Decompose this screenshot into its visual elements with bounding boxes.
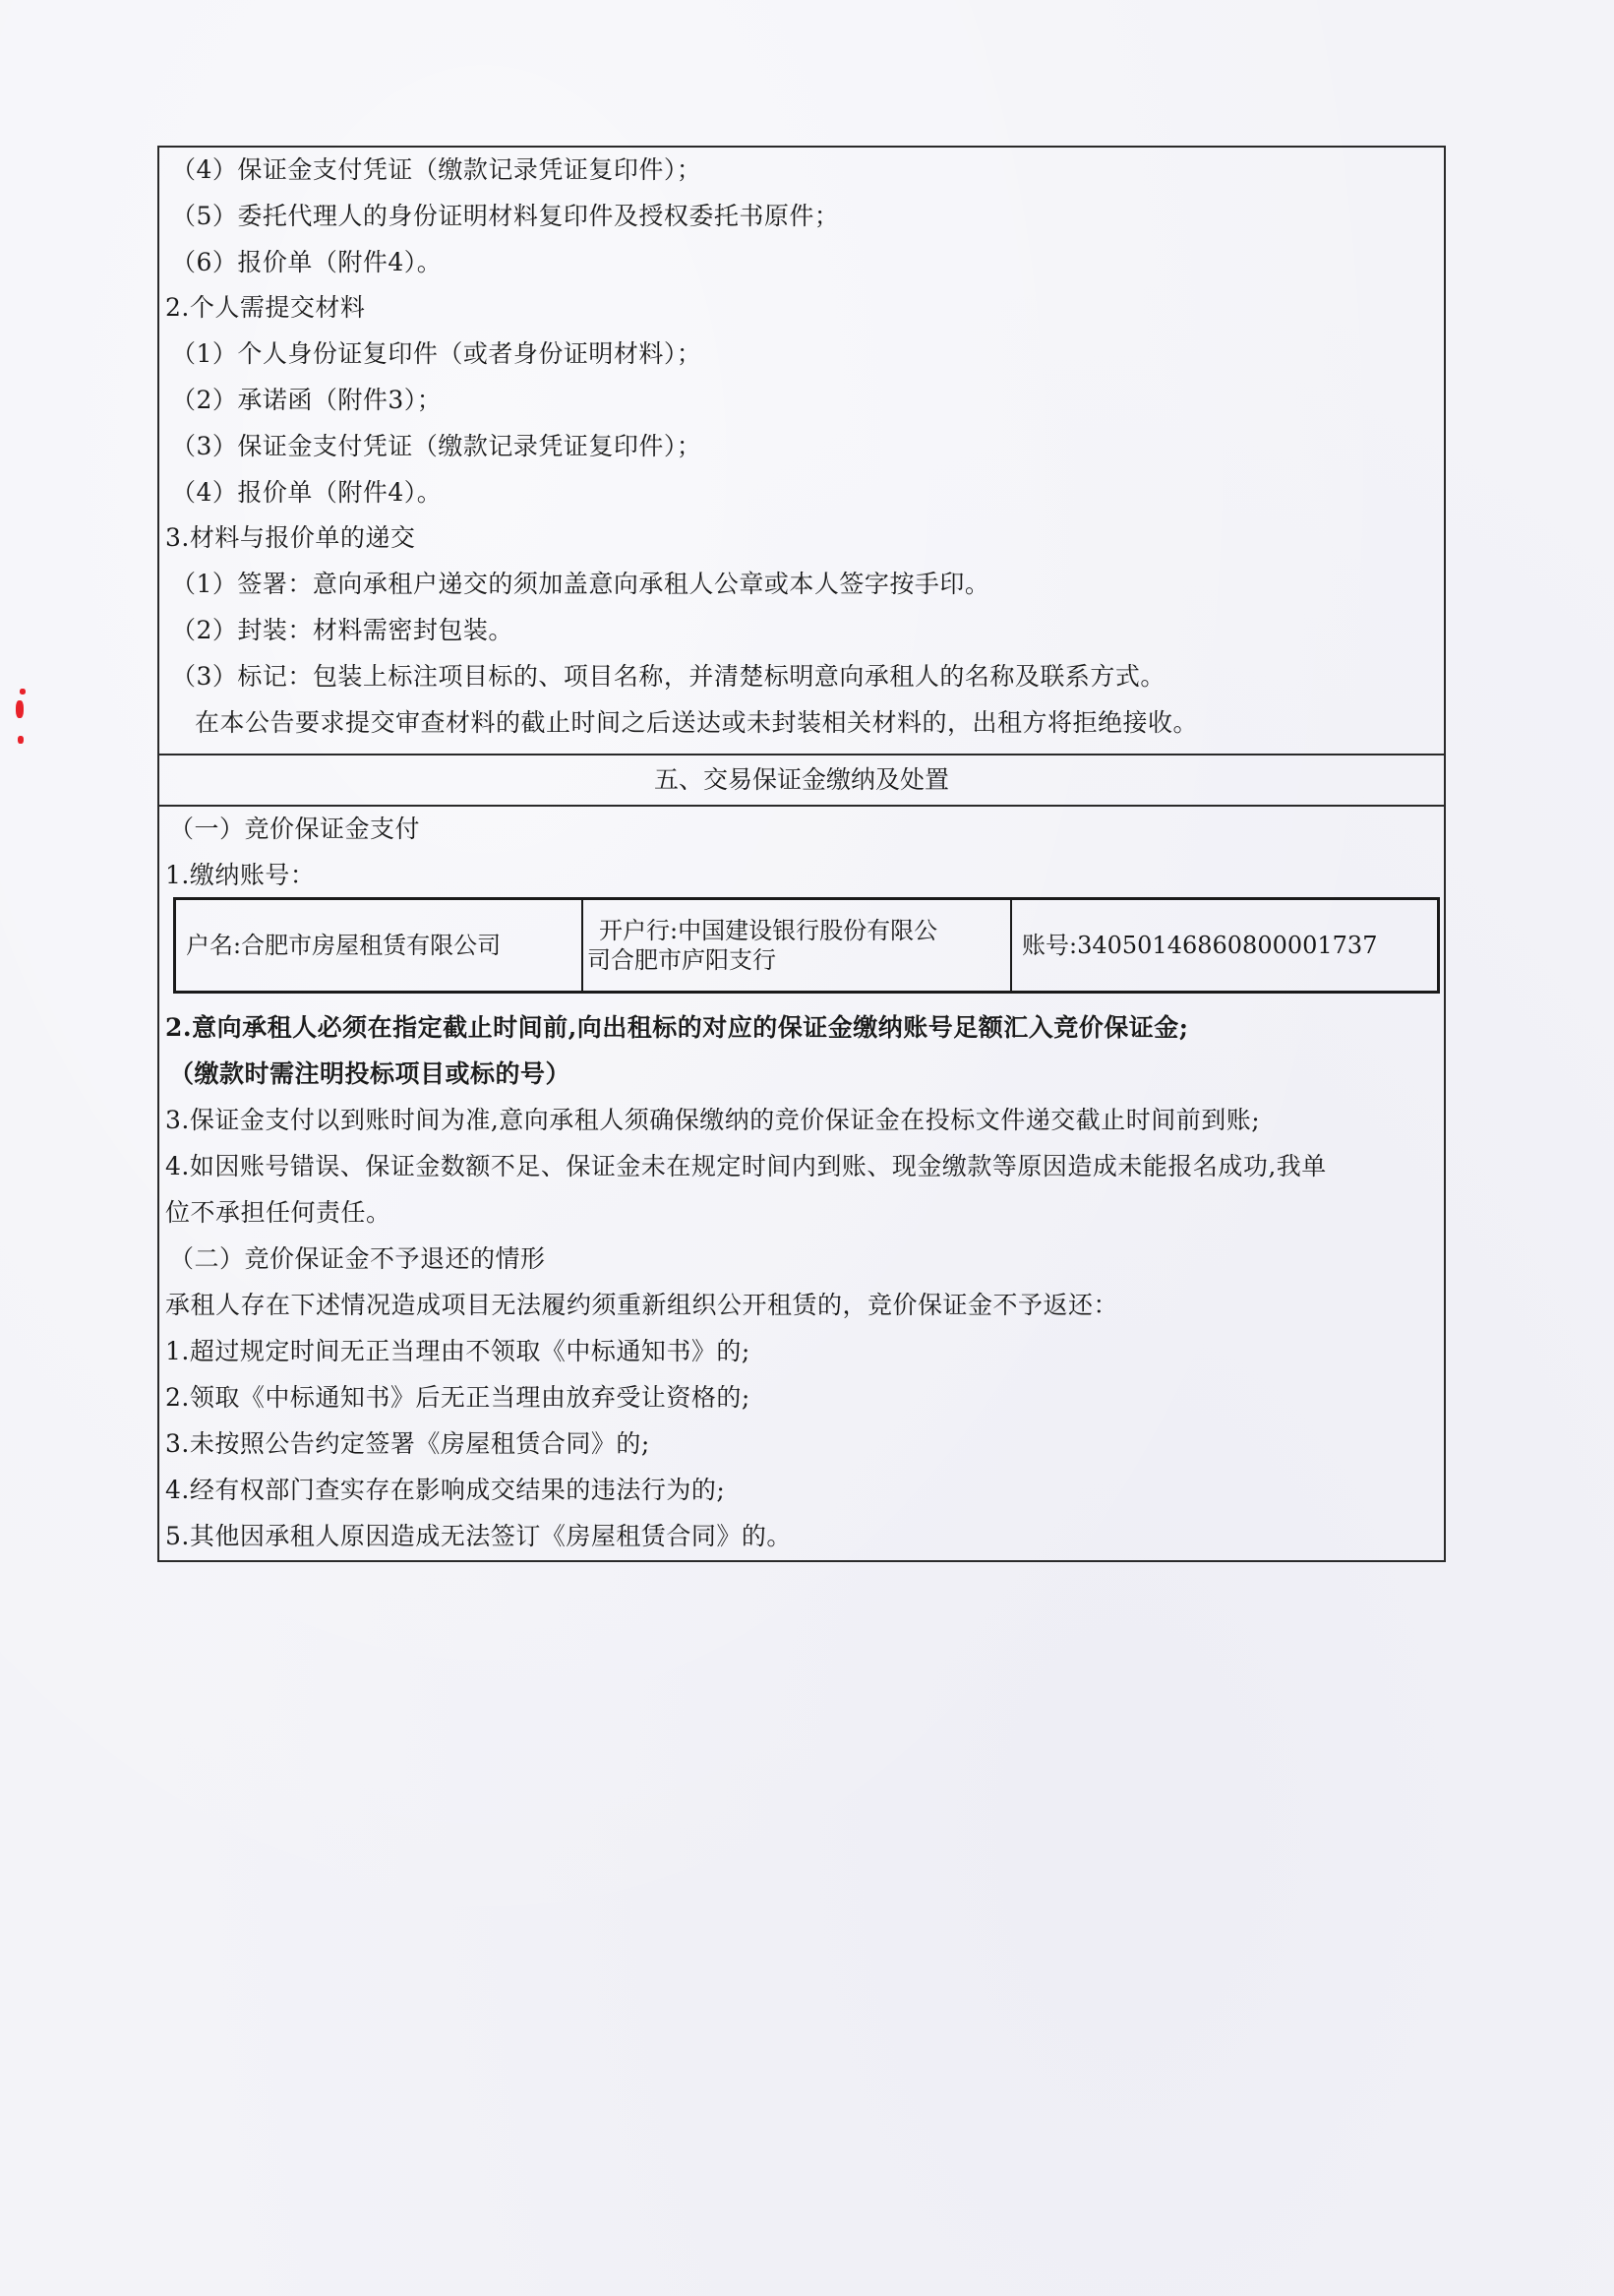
individual-materials-heading: 2.个人需提交材料 xyxy=(165,293,365,323)
row-divider xyxy=(159,805,1444,807)
bank-name-line2: 司合肥市庐阳支行 xyxy=(587,945,776,975)
row-divider xyxy=(159,754,1444,755)
payment-rule-note: （缴款时需注明投标项目或标的号） xyxy=(169,1059,570,1089)
rejection-note: 在本公告要求提交审查材料的截止时间之后送达或未封装相关材料的，出租方将拒绝接收。 xyxy=(195,708,1198,738)
forfeit-item: 2.领取《中标通知书》后无正当理由放弃受让资格的; xyxy=(165,1383,750,1413)
org-item: （6）报价单（附件4）。 xyxy=(171,248,442,277)
section-title: 五、交易保证金缴纳及处置 xyxy=(159,765,1444,795)
payment-rule: 4.如因账号错误、保证金数额不足、保证金未在规定时间内到账、现金缴款等原因造成未… xyxy=(165,1152,1327,1181)
announcement-table: （4）保证金支付凭证（缴款记录凭证复印件）； （5）委托代理人的身份证明材料复印… xyxy=(157,146,1446,1562)
submission-item: （2）封装：材料需密封包装。 xyxy=(171,616,513,645)
individual-item: （1）个人身份证复印件（或者身份证明材料）； xyxy=(171,339,701,369)
submission-item: （1）签署：意向承租户递交的须加盖意向承租人公章或本人签字按手印。 xyxy=(171,570,989,599)
account-holder-cell: 户名:合肥市房屋租赁有限公司 xyxy=(176,900,583,991)
payment-rule: 位不承担任何责任。 xyxy=(165,1198,391,1228)
bank-cell: 开户行:中国建设银行股份有限公 司合肥市庐阳支行 xyxy=(583,900,1012,991)
forfeit-intro: 承租人存在下述情况造成项目无法履约须重新组织公开租赁的，竞价保证金不予返还： xyxy=(165,1291,1118,1320)
individual-item: （4）报价单（附件4）。 xyxy=(171,478,442,508)
org-item: （5）委托代理人的身份证明材料复印件及授权委托书原件； xyxy=(171,202,839,231)
forfeit-item: 4.经有权部门查实存在影响成交结果的违法行为的; xyxy=(165,1476,725,1505)
account-info-table: 户名:合肥市房屋租赁有限公司 开户行:中国建设银行股份有限公 司合肥市庐阳支行 … xyxy=(173,897,1440,994)
submission-item: （3）标记：包装上标注项目标的、项目名称，并清楚标明意向承租人的名称及联系方式。 xyxy=(171,662,1166,692)
account-label: 1.缴纳账号： xyxy=(165,861,315,890)
red-seal-stamp xyxy=(0,620,43,820)
individual-item: （2）承诺函（附件3）； xyxy=(171,386,442,415)
red-seal-stamp-fragment xyxy=(18,736,24,744)
red-seal-stamp-fragment xyxy=(16,700,24,718)
org-item: （4）保证金支付凭证（缴款记录凭证复印件）； xyxy=(171,155,701,185)
account-number-cell: 账号:34050146860800001737 xyxy=(1012,900,1437,991)
red-seal-stamp-fragment xyxy=(20,689,26,695)
forfeit-item: 1.超过规定时间无正当理由不领取《中标通知书》的; xyxy=(165,1337,750,1366)
payment-rule: 3.保证金支付以到账时间为准,意向承租人须确保缴纳的竞价保证金在投标文件递交截止… xyxy=(165,1106,1260,1135)
forfeit-item: 3.未按照公告约定签署《房屋租赁合同》的; xyxy=(165,1429,650,1459)
forfeit-heading: （二）竞价保证金不予退还的情形 xyxy=(169,1244,546,1274)
account-holder: 户名:合肥市房屋租赁有限公司 xyxy=(186,931,501,960)
submission-heading: 3.材料与报价单的递交 xyxy=(165,523,415,553)
individual-item: （3）保证金支付凭证（缴款记录凭证复印件）； xyxy=(171,432,701,461)
bank-name-line1: 开户行:中国建设银行股份有限公 xyxy=(587,916,937,945)
forfeit-item: 5.其他因承租人原因造成无法签订《房屋租赁合同》的。 xyxy=(165,1522,792,1551)
payment-rule: 2.意向承租人必须在指定截止时间前,向出租标的对应的保证金缴纳账号足额汇入竞价保… xyxy=(165,1013,1189,1043)
account-number: 账号:34050146860800001737 xyxy=(1022,931,1377,960)
bid-deposit-payment-heading: （一）竞价保证金支付 xyxy=(169,815,420,844)
